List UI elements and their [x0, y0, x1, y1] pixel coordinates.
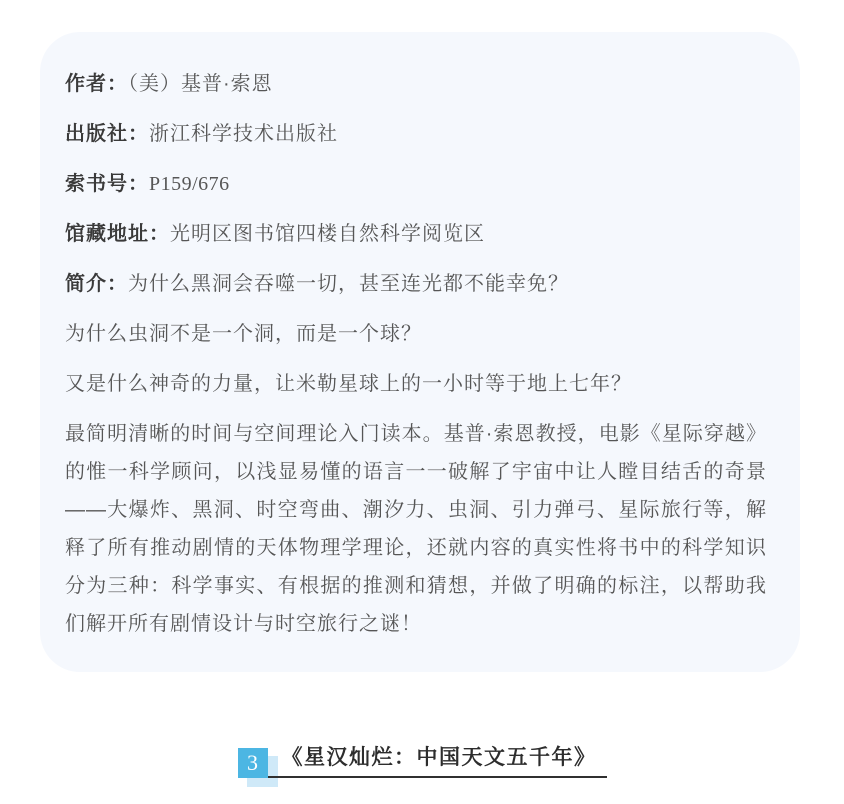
- field-value: 光明区图书馆四楼自然科学阅览区: [170, 223, 485, 245]
- book-field-row: 简介：为什么黑洞会吞噬一切，甚至连光都不能幸免？: [65, 265, 767, 303]
- field-label: 出版社：: [65, 123, 149, 145]
- intro-paragraph: 为什么虫洞不是一个洞，而是一个球？: [65, 315, 767, 353]
- book-field-row: 出版社：浙江科学技术出版社: [65, 115, 767, 153]
- field-value: 浙江科学技术出版社: [149, 123, 338, 145]
- book-field-row: 索书号：P159/676: [65, 165, 767, 203]
- field-value: （美）基普·索恩: [128, 73, 273, 95]
- intro-paragraph: 最简明清晰的时间与空间理论入门读本。基普·索恩教授，电影《星际穿越》的惟一科学顾…: [65, 415, 767, 643]
- section-number-badge: 3: [238, 748, 268, 778]
- field-value: P159/676: [149, 173, 230, 195]
- book-field-row: 馆藏地址：光明区图书馆四楼自然科学阅览区: [65, 215, 767, 253]
- next-book-title-underline: 《星汉灿烂：中国天文五千年》: [268, 741, 607, 778]
- section-number: 3: [238, 748, 268, 778]
- intro-paragraph: 又是什么神奇的力量，让米勒星球上的一小时等于地上七年？: [65, 365, 767, 403]
- book-info-card: 作者：（美）基普·索恩 出版社：浙江科学技术出版社 索书号：P159/676 馆…: [40, 32, 800, 672]
- field-label: 作者：: [65, 73, 128, 95]
- next-book-title: 《星汉灿烂：中国天文五千年》: [282, 746, 597, 769]
- field-label: 馆藏地址：: [65, 223, 170, 245]
- article-page: 作者：（美）基普·索恩 出版社：浙江科学技术出版社 索书号：P159/676 馆…: [0, 0, 844, 804]
- field-label: 简介：: [65, 273, 128, 295]
- field-value: 为什么黑洞会吞噬一切，甚至连光都不能幸免？: [128, 273, 569, 295]
- field-label: 索书号：: [65, 173, 149, 195]
- next-book-heading: 3 《星汉灿烂：中国天文五千年》: [0, 741, 844, 778]
- book-field-row: 作者：（美）基普·索恩: [65, 65, 767, 103]
